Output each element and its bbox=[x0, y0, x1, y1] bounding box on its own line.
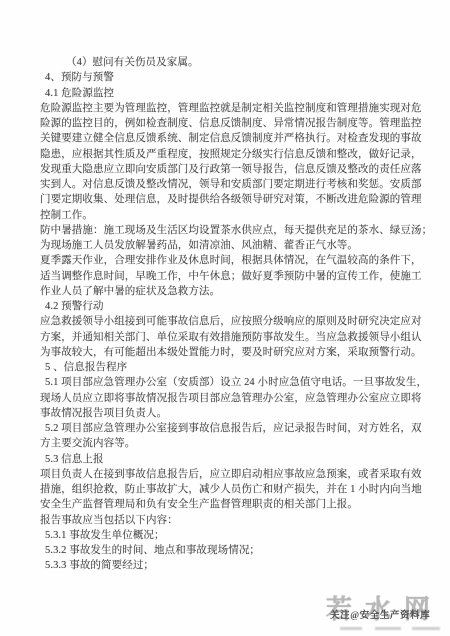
doc-heading: 5 、信息报告程序 bbox=[40, 360, 422, 375]
doc-line: 5.3.1 事故发生单位概况； bbox=[40, 528, 422, 543]
doc-line: 作业人员了解中暑的症状及急救方法。 bbox=[40, 284, 422, 299]
doc-heading: 4.1 危险源监控 bbox=[40, 86, 422, 101]
doc-line: 夏季露天作业，合理安排作业及休息时间，根据具体情况，在气温较高的条件下， bbox=[40, 253, 422, 268]
doc-line: 适当调整作息时间，早晚工作，中午休息；做好夏季预防中暑的宣传工作，使施工 bbox=[40, 269, 422, 284]
watermark-artifact bbox=[340, 627, 362, 630]
doc-line: （4）慰问有关伤员及家属。 bbox=[40, 55, 422, 70]
doc-heading: 5.3 信息上报 bbox=[40, 452, 422, 467]
doc-line: 项目负责人在接到事故信息报告后，应立即启动相应事故应急预案，或者采取有效 bbox=[40, 467, 422, 482]
doc-line: 门要定期收集、处理信息，及时提供给各级领导研究对策，不断改进危险源的管理 bbox=[40, 192, 422, 207]
doc-line: 方案，并通知相关部门、单位采取有效措施预防事故发生。当应急救援领导小组认 bbox=[40, 330, 422, 345]
doc-line: 报告事故应当包括以下内容： bbox=[40, 513, 422, 528]
document-page: （4）慰问有关伤员及家属。 4、预防与预警 4.1 危险源监控 危险源监控主要为… bbox=[0, 0, 450, 636]
doc-line: 关键要建立健全信息反馈系统、制定信息反馈制度并严格执行。对检查发现的事故 bbox=[40, 131, 422, 146]
watermark-artifact bbox=[375, 627, 401, 630]
doc-line: 5.3.2 事故发生的时间、地点和事故现场情况； bbox=[40, 543, 422, 558]
doc-line: 事故情况报告项目负责人。 bbox=[40, 406, 422, 421]
doc-line: 安全生产监督管理局和负有安全生产监督管理职责的相关部门上报。 bbox=[40, 497, 422, 512]
doc-line: 发现重大隐患应立即向安质部门及行政第一领导报告，信息反馈及整改的责任应落 bbox=[40, 162, 422, 177]
doc-line: 险源的监控目的，例如检查制度、信息反馈制度、异常情况报告制度等。管理监控 bbox=[40, 116, 422, 131]
doc-line: 应急救援领导小组接到可能事故信息后，应按照分级响应的原则及时研究决定应对 bbox=[40, 314, 422, 329]
watermark-artifact bbox=[412, 627, 440, 630]
doc-line: 5.1 项目部应急管理办公室（安质部）设立 24 小时应急值守电话。一旦事故发生… bbox=[40, 375, 422, 390]
doc-heading: 4.2 预警行动 bbox=[40, 299, 422, 314]
doc-line: 控制工作。 bbox=[40, 208, 422, 223]
doc-line: 实到人。对信息反馈及整改情况，领导和安质部门要定期进行考核和奖惩。安质部 bbox=[40, 177, 422, 192]
doc-line: 防中暑措施：施工现场及生活区均设置茶水供应点，每天提供充足的茶水、绿豆汤； bbox=[40, 223, 422, 238]
doc-line: 5.2 项目部应急管理办公室接到事故信息报告后，应记录报告时间，对方姓名，双 bbox=[40, 421, 422, 436]
doc-line: 现场人员应立即将事故情况报告项目部应急管理办公室，应急管理办公室应立即将 bbox=[40, 391, 422, 406]
doc-line: 为现场施工人员发放解暑药品，如清凉油、风油精、藿香正气水等。 bbox=[40, 238, 422, 253]
doc-line: 方主要交流内容等。 bbox=[40, 436, 422, 451]
doc-line: 隐患，应根据其性质及严重程度，按照规定分级实行信息反馈和整改，做好记录， bbox=[40, 147, 422, 162]
doc-line: 5.3.3 事故的简要经过； bbox=[40, 558, 422, 573]
doc-heading: 4、预防与预警 bbox=[40, 70, 422, 85]
document-text-block: （4）慰问有关伤员及家属。 4、预防与预警 4.1 危险源监控 危险源监控主要为… bbox=[40, 55, 422, 574]
doc-line: 为事故较大，有可能超出本级处置能力时，要及时研究应对方案，采取预警行动。 bbox=[40, 345, 422, 360]
doc-line: 措施，组织抢救，防止事故扩大，减少人员伤亡和财产损失，并在 1 小时内向当地 bbox=[40, 482, 422, 497]
watermark-overlay-text: 关注@安全生产资料库 bbox=[330, 607, 430, 621]
doc-line: 危险源监控主要为管理监控，管理监控就是制定相关监控制度和管理措施实现对危 bbox=[40, 101, 422, 116]
